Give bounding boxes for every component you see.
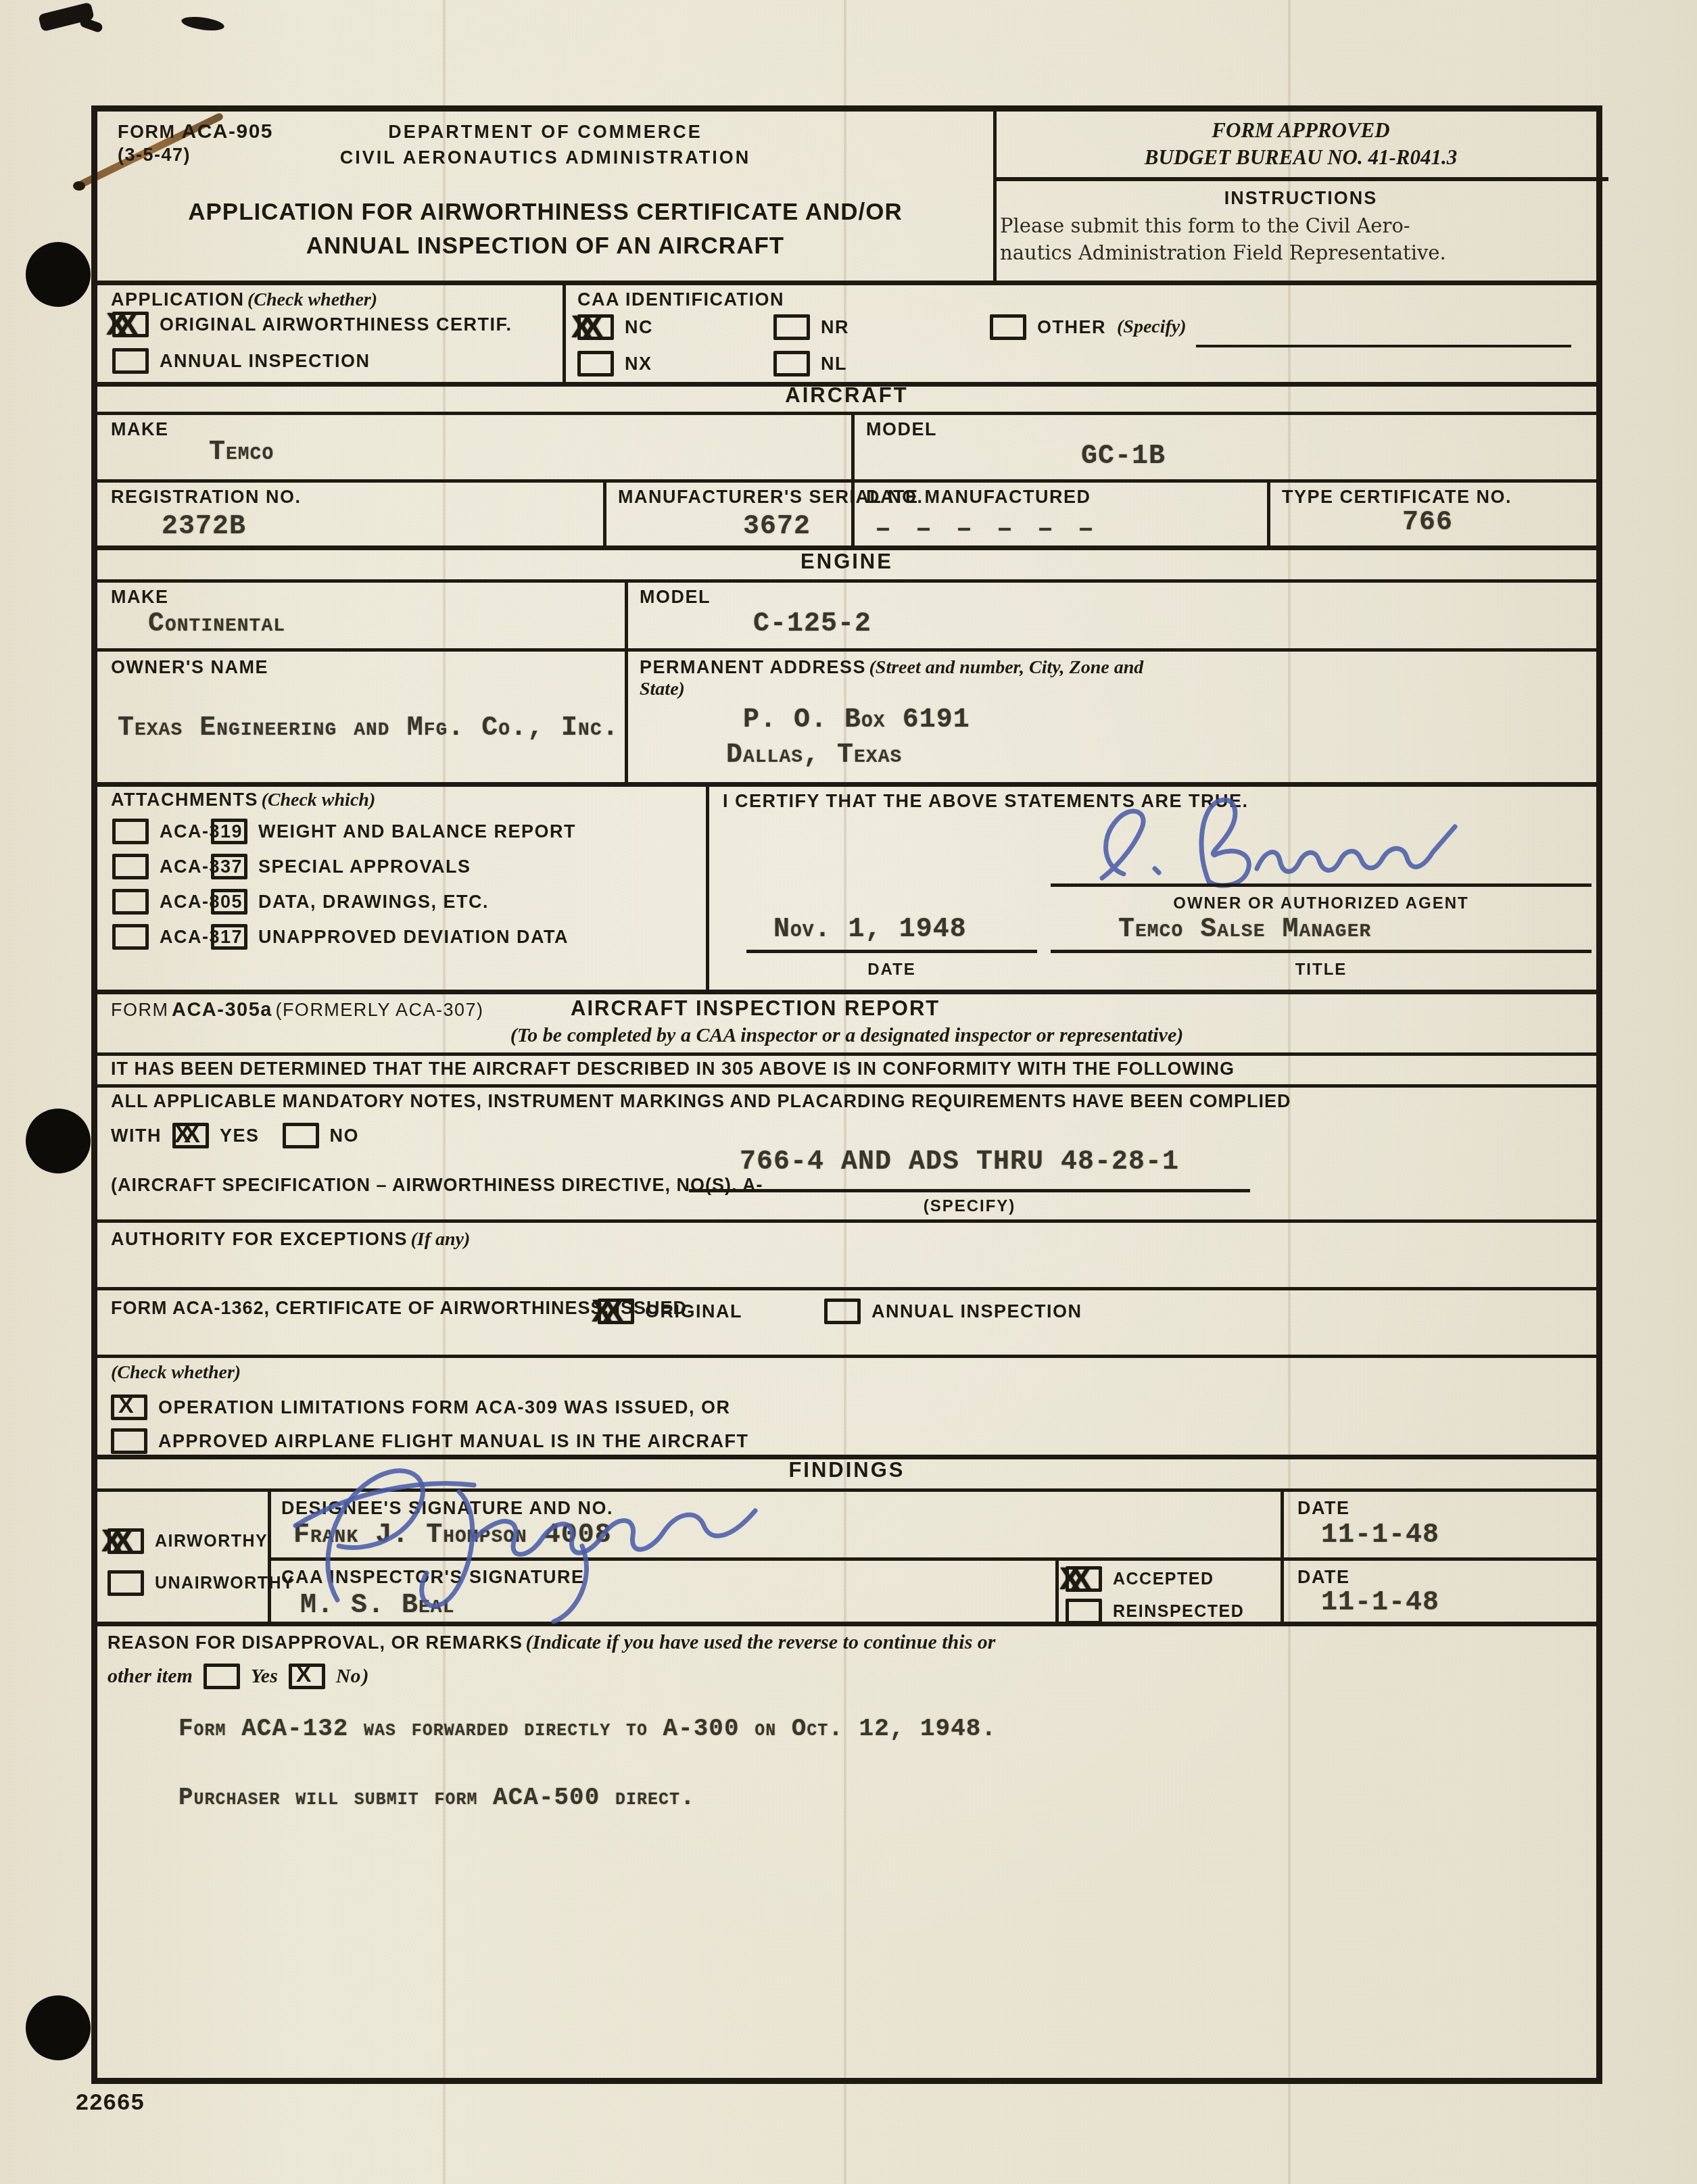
aircraft-make-label: MAKE [111, 418, 169, 440]
operation-limitations-label: OPERATION LIMITATIONS FORM ACA-309 WAS I… [158, 1397, 731, 1418]
attachment-data-drawings: DATA, DRAWINGS, ETC. [211, 889, 489, 915]
application-label: APPLICATION (Check whether) [111, 289, 377, 311]
spec-directive-line[interactable] [689, 1189, 1250, 1192]
nr-label: NR [821, 316, 849, 338]
reason-hint-close: ) [362, 1665, 369, 1688]
rule [97, 1622, 1596, 1626]
original-airworthiness-label: ORIGINAL AIRWORTHINESS CERTIF. [160, 314, 512, 335]
rule [268, 1488, 271, 1622]
caa-option-nc: XX NC [577, 314, 653, 340]
application-label-text: APPLICATION [111, 289, 245, 310]
instructions-line1: Please submit this form to the Civil Aer… [1000, 213, 1602, 239]
check-x-mark: XX [571, 311, 594, 342]
airworthy-row: XX AIRWORTHY [107, 1528, 268, 1554]
owner-signature-line[interactable] [1051, 883, 1592, 887]
rule [97, 990, 1596, 994]
flight-manual-label: APPROVED AIRPLANE FLIGHT MANUAL IS IN TH… [158, 1430, 749, 1452]
remark-line1: Form ACA-132 was forwarded directly to A… [178, 1715, 997, 1743]
original-airworthiness-checkbox[interactable]: XX [112, 312, 149, 337]
nx-checkbox[interactable] [577, 351, 614, 377]
registration-label: REGISTRATION NO. [111, 486, 302, 508]
aca805-checkbox[interactable] [112, 889, 149, 915]
data-drawings-checkbox[interactable] [211, 889, 247, 915]
stain-mark [73, 181, 85, 191]
agent-caption: OWNER OR AUTHORIZED AGENT [1051, 894, 1592, 913]
rule [97, 479, 1596, 483]
address-label-text: PERMANENT ADDRESS [640, 657, 866, 677]
caa-inspector-label: CAA INSPECTOR'S SIGNATURE [281, 1566, 584, 1588]
nr-checkbox[interactable] [773, 314, 810, 340]
aca317-checkbox[interactable] [112, 924, 149, 950]
address-hint-line1: (Street and number, City, Zone and [869, 657, 1143, 678]
engine-model-value: C-125-2 [753, 609, 871, 639]
spec-directive-value: 766-4 AND ADS THRU 48-28-1 [740, 1147, 1179, 1178]
unairworthy-row: UNAIRWORTHY [107, 1570, 294, 1596]
certify-date-value: Nov. 1, 1948 [773, 915, 967, 945]
inspector-date-label: DATE [1297, 1566, 1350, 1588]
instructions: INSTRUCTIONS Please submit this form to … [1000, 187, 1602, 266]
issued-annual-label: ANNUAL INSPECTION [871, 1301, 1082, 1322]
designee-signature-label: DESIGNEE'S SIGNATURE AND NO. [281, 1497, 613, 1519]
annual-inspection-checkbox[interactable] [112, 348, 149, 374]
flight-manual-checkbox[interactable] [111, 1428, 147, 1454]
form-title-line2: ANNUAL INSPECTION OF AN AIRCRAFT [97, 232, 993, 260]
rule [97, 1052, 1596, 1056]
attachment-unapproved-deviation: UNAPPROVED DEVIATION DATA [211, 924, 569, 950]
operation-limitations-checkbox[interactable]: X [111, 1394, 147, 1420]
accepted-row: XX ACCEPTED [1066, 1566, 1214, 1592]
complied-statement: ALL APPLICABLE MANDATORY NOTES, INSTRUME… [111, 1090, 1291, 1112]
complied-yes-checkbox[interactable]: XX [172, 1123, 209, 1148]
type-certificate-label: TYPE CERTIFICATE NO. [1282, 486, 1512, 508]
permanent-address-label: PERMANENT ADDRESS (Street and number, Ci… [640, 656, 1586, 700]
rule [97, 281, 1596, 285]
inspection-subtitle: (To be completed by a CAA inspector or a… [97, 1024, 1596, 1047]
check-x-mark: XX [592, 1295, 614, 1326]
other-label: OTHER [1037, 316, 1106, 338]
instructions-line2: nautics Administration Field Representat… [1000, 240, 1602, 266]
unairworthy-checkbox[interactable] [107, 1570, 144, 1596]
aca337-checkbox[interactable] [112, 854, 149, 879]
inspector-date-value: 11-1-48 [1321, 1588, 1439, 1618]
remark-line2: Purchaser will submit form ACA-500 direc… [178, 1784, 696, 1812]
reason-header: REASON FOR DISAPPROVAL, OR REMARKS (Indi… [107, 1631, 1588, 1654]
hole-punch [26, 1995, 91, 2060]
owner-name-label: OWNER'S NAME [111, 656, 268, 678]
application-hint: (Check whether) [247, 289, 377, 310]
ink-scribble [181, 15, 225, 33]
rule [625, 579, 628, 782]
rule [97, 1287, 1596, 1290]
accepted-label: ACCEPTED [1113, 1569, 1214, 1589]
check-x-mark: X [118, 1394, 134, 1417]
engine-make-value: Continental [148, 609, 285, 639]
certify-date-line[interactable] [746, 950, 1037, 953]
check-x-mark: XX [1059, 1563, 1082, 1594]
form-title-line1: APPLICATION FOR AIRWORTHINESS CERTIFICAT… [97, 198, 993, 226]
rule [97, 782, 1596, 787]
engine-model-label: MODEL [640, 586, 711, 608]
address-value-line1: P. O. Box 6191 [743, 705, 970, 735]
hole-punch [26, 1109, 91, 1173]
authority-exceptions: AUTHORITY FOR EXCEPTIONS (If any) [111, 1228, 470, 1251]
nx-label: NX [625, 353, 652, 374]
no-label: NO [330, 1125, 360, 1146]
reinspected-checkbox[interactable] [1066, 1599, 1102, 1624]
rule [993, 177, 1608, 181]
rule [1267, 479, 1270, 545]
airworthy-checkbox[interactable]: XX [107, 1528, 144, 1554]
data-drawings-label: DATA, DRAWINGS, ETC. [258, 891, 489, 913]
print-code: 22665 [76, 2089, 145, 2116]
authority-hint: (If any) [411, 1229, 471, 1250]
attachments-label-text: ATTACHMENTS [111, 790, 258, 810]
unapproved-deviation-checkbox[interactable] [211, 924, 247, 950]
complied-yes-no: WITH XX YES NO [111, 1123, 359, 1148]
issued-original: XX ORIGINAL [598, 1299, 742, 1324]
rule [97, 1219, 1596, 1223]
reason-label: REASON FOR DISAPPROVAL, OR REMARKS [107, 1632, 523, 1653]
spec-directive-label: (AIRCRAFT SPECIFICATION – AIRWORTHINESS … [111, 1174, 763, 1196]
nc-checkbox[interactable]: XX [577, 314, 614, 340]
aircraft-model-value: GC-1B [1081, 441, 1166, 472]
date-manufactured-value: – – – – – – [875, 514, 1098, 545]
scanned-form-page: FORM ACA-905 (3-5-47) DEPARTMENT OF COMM… [0, 0, 1697, 2184]
rule [563, 281, 566, 382]
check-x-mark: XX [101, 1525, 124, 1556]
form-approved-line: FORM APPROVED [993, 118, 1608, 143]
designee-date-label: DATE [1297, 1497, 1350, 1519]
engine-section-header: ENGINE [97, 550, 1596, 574]
check-whether-hint: (Check whether) [111, 1362, 241, 1384]
check-x-mark: X [296, 1663, 312, 1686]
weight-balance-label: WEIGHT AND BALANCE REPORT [258, 821, 576, 842]
caa-option-nl: NL [773, 351, 847, 377]
certify-title-line[interactable] [1051, 950, 1592, 953]
designee-date-value: 11-1-48 [1321, 1520, 1439, 1551]
rule [1055, 1557, 1059, 1622]
issued-annual: ANNUAL INSPECTION [824, 1299, 1082, 1324]
serial-value: 3672 [743, 512, 811, 542]
operation-limitations-row: X OPERATION LIMITATIONS FORM ACA-309 WAS… [111, 1394, 731, 1420]
attachments-hint: (Check which) [261, 790, 375, 810]
authority-label: AUTHORITY FOR EXCEPTIONS [111, 1229, 408, 1249]
reason-no-label: No [336, 1665, 361, 1688]
reason-hint-line1: (Indicate if you have used the reverse t… [526, 1631, 996, 1653]
designee-signature-value: Frank J. Thompson 4008 [293, 1520, 612, 1551]
reason-yes-no-row: other item Yes X No ) [107, 1664, 369, 1689]
special-approvals-checkbox[interactable] [211, 854, 247, 879]
airworthy-label: AIRWORTHY [155, 1531, 268, 1551]
rule [97, 648, 1596, 652]
unairworthy-label: UNAIRWORTHY [155, 1573, 294, 1593]
yes-label: YES [220, 1125, 260, 1146]
inspection-report-title: AIRCRAFT INSPECTION REPORT [571, 996, 940, 1021]
rule [268, 1557, 1596, 1561]
other-checkbox[interactable] [990, 314, 1026, 340]
caa-option-other: OTHER (Specify) [990, 314, 1187, 340]
certify-title-caption: TITLE [1051, 961, 1592, 979]
caa-inspector-value: M. S. Beal [300, 1591, 454, 1621]
findings-section-header: FINDINGS [97, 1458, 1596, 1482]
nl-label: NL [821, 353, 847, 374]
attachment-weight-balance: WEIGHT AND BALANCE REPORT [211, 819, 576, 844]
inspection-formerly: (FORMERLY ACA-307) [275, 1000, 483, 1020]
type-certificate-value: 766 [1402, 508, 1453, 538]
engine-make-label: MAKE [111, 586, 169, 608]
complied-no-checkbox[interactable] [283, 1123, 319, 1148]
attachments-label: ATTACHMENTS (Check which) [111, 789, 375, 811]
determined-statement: IT HAS BEEN DETERMINED THAT THE AIRCRAFT… [111, 1058, 1235, 1079]
rule [97, 1488, 1596, 1492]
budget-bureau-line: BUDGET BUREAU NO. 41-R041.3 [993, 145, 1608, 170]
administration-line: CIVIL AERONAUTICS ADMINISTRATION [97, 147, 993, 168]
instructions-title: INSTRUCTIONS [1000, 187, 1602, 209]
nl-checkbox[interactable] [773, 351, 810, 377]
rule [851, 412, 855, 479]
aca319-checkbox[interactable] [112, 819, 149, 844]
inspection-form-number: FORM ACA-305a (FORMERLY ACA-307) [111, 998, 483, 1022]
caa-identification-label: CAA IDENTIFICATION [577, 289, 784, 310]
application-option-annual: ANNUAL INSPECTION [112, 348, 371, 374]
aircraft-model-label: MODEL [866, 418, 937, 440]
caa-option-nx: NX [577, 351, 652, 377]
address-hint-line2: State) [640, 679, 685, 700]
registration-value: 2372B [162, 512, 246, 542]
certify-title-value: Temco Salse Manager [1118, 915, 1371, 945]
unapproved-deviation-label: UNAPPROVED DEVIATION DATA [258, 926, 569, 948]
inspection-form-prefix: FORM [111, 1000, 168, 1020]
rule [1281, 1488, 1284, 1622]
caa-option-nr: NR [773, 314, 849, 340]
aircraft-make-value: Temco [209, 437, 274, 468]
specify-caption: (SPECIFY) [689, 1197, 1250, 1216]
aircraft-section-header: AIRCRAFT [97, 383, 1596, 408]
issued-annual-checkbox[interactable] [824, 1299, 861, 1324]
rule [97, 412, 1596, 415]
certify-statement: I CERTIFY THAT THE ABOVE STATEMENTS ARE … [723, 790, 1249, 812]
inspection-form-no: ACA-305a [172, 999, 272, 1021]
reason-yes-checkbox[interactable] [204, 1664, 240, 1689]
issued-original-label: ORIGINAL [645, 1301, 742, 1322]
form-border: FORM ACA-905 (3-5-47) DEPARTMENT OF COMM… [91, 105, 1602, 2084]
certify-date-caption: DATE [746, 961, 1037, 979]
check-x-mark: XX [174, 1122, 193, 1146]
other-specify-line[interactable] [1196, 345, 1571, 347]
budget-approval: FORM APPROVED BUDGET BUREAU NO. 41-R041.… [993, 118, 1608, 170]
attachment-special-approvals: SPECIAL APPROVALS [211, 854, 471, 879]
reason-no-checkbox[interactable]: X [289, 1664, 325, 1689]
reinspected-label: REINSPECTED [1113, 1601, 1244, 1622]
check-x-mark: XX [106, 308, 128, 339]
hole-punch [26, 242, 91, 307]
department-line: DEPARTMENT OF COMMERCE [97, 121, 993, 143]
rule [97, 579, 1596, 583]
reason-yes-label: Yes [251, 1665, 278, 1688]
special-approvals-label: SPECIAL APPROVALS [258, 856, 471, 877]
reason-hint-line2: other item [107, 1665, 193, 1688]
owner-name-value: Texas Engineering and Mfg. Co., Inc. [118, 713, 619, 744]
annual-inspection-label: ANNUAL INSPECTION [160, 350, 371, 372]
form-title: APPLICATION FOR AIRWORTHINESS CERTIFICAT… [97, 198, 993, 260]
rule [97, 1355, 1596, 1358]
reinspected-row: REINSPECTED [1066, 1599, 1244, 1624]
application-option-original: XX ORIGINAL AIRWORTHINESS CERTIF. [112, 312, 512, 337]
agency-header: DEPARTMENT OF COMMERCE CIVIL AERONAUTICS… [97, 121, 993, 169]
weight-balance-checkbox[interactable] [211, 819, 247, 844]
other-specify-hint: (Specify) [1117, 316, 1187, 338]
rule [603, 479, 606, 545]
accepted-checkbox[interactable]: XX [1066, 1566, 1102, 1592]
with-label: WITH [111, 1125, 162, 1146]
rule [97, 1084, 1596, 1088]
rule [706, 782, 709, 990]
date-manufactured-label: DATE MANUFACTURED [866, 486, 1091, 508]
nc-label: NC [625, 316, 653, 338]
flight-manual-row: APPROVED AIRPLANE FLIGHT MANUAL IS IN TH… [111, 1428, 749, 1454]
address-value-line2: Dallas, Texas [726, 740, 902, 771]
issued-original-checkbox[interactable]: XX [598, 1299, 634, 1324]
